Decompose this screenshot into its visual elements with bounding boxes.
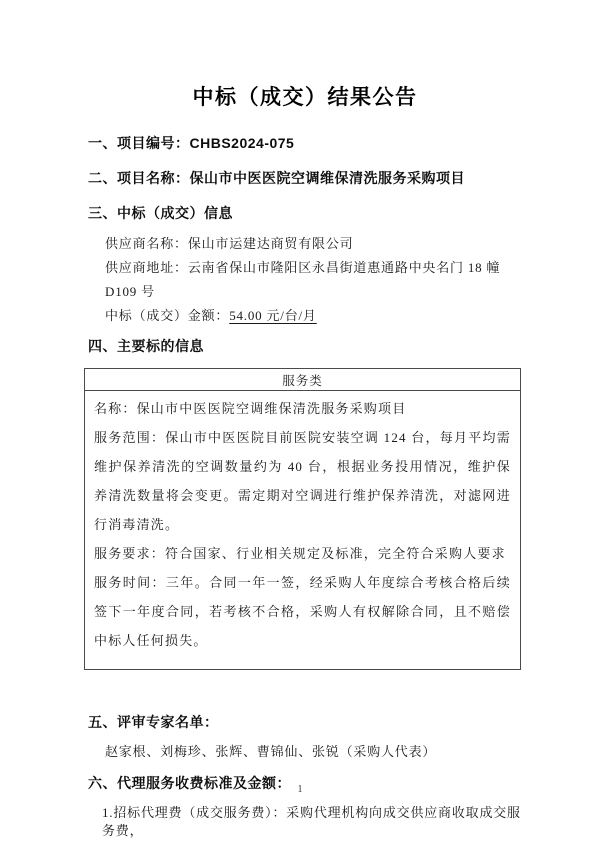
experts-heading: 五、评审专家名单： bbox=[88, 714, 522, 731]
section-project-number: 一、项目编号：CHBS2024-075 bbox=[88, 135, 522, 152]
award-info-heading: 三、中标（成交）信息 bbox=[88, 205, 522, 222]
page-number: 1 bbox=[0, 784, 600, 795]
supplier-name-line: 供应商名称：保山市运建达商贸有限公司 bbox=[88, 232, 522, 256]
award-amount-label: 中标（成交）金额： bbox=[105, 308, 229, 323]
table-row-scope: 服务范围：保山市中医医院目前医院安装空调 124 台，每月平均需维护保养清洗的空… bbox=[94, 423, 511, 539]
supplier-address-line: 供应商地址：云南省保山市隆阳区永昌街道惠通路中央名门 18 幢 D109 号 bbox=[88, 256, 522, 304]
table-row-requirement: 服务要求：符合国家、行业相关规定及标准，完全符合采购人要求 bbox=[94, 539, 511, 568]
project-number-value: CHBS2024-075 bbox=[190, 135, 295, 151]
supplier-name-value: 保山市运建达商贸有限公司 bbox=[188, 236, 354, 251]
project-number-label: 一、项目编号： bbox=[88, 135, 190, 151]
project-name-label: 二、项目名称： bbox=[88, 170, 190, 186]
table-row-name: 名称：保山市中医医院空调维保清洗服务采购项目 bbox=[94, 394, 511, 423]
service-table-body: 名称：保山市中医医院空调维保清洗服务采购项目 服务范围：保山市中医医院目前医院安… bbox=[85, 391, 520, 669]
service-table-header: 服务类 bbox=[85, 369, 520, 391]
table-row-duration: 服务时间：三年。合同一年一签，经采购人年度综合考核合格后续签下一年度合同，若考核… bbox=[94, 568, 511, 655]
main-subject-heading: 四、主要标的信息 bbox=[88, 338, 522, 355]
page-title: 中标（成交）结果公告 bbox=[88, 84, 522, 111]
award-amount-value: 54.00 元/台/月 bbox=[229, 308, 317, 323]
document-page: 中标（成交）结果公告 一、项目编号：CHBS2024-075 二、项目名称：保山… bbox=[0, 0, 600, 849]
supplier-address-label: 供应商地址： bbox=[105, 260, 188, 275]
agency-fee-item: 1.招标代理费（成交服务费）：采购代理机构向成交供应商收取成交服务费， bbox=[88, 804, 522, 840]
project-name-value: 保山市中医医院空调维保清洗服务采购项目 bbox=[190, 170, 466, 186]
experts-list: 赵家根、刘梅珍、张辉、曹锦仙、张锐（采购人代表） bbox=[88, 743, 522, 761]
section-project-name: 二、项目名称：保山市中医医院空调维保清洗服务采购项目 bbox=[88, 170, 522, 187]
service-info-table: 服务类 名称：保山市中医医院空调维保清洗服务采购项目 服务范围：保山市中医医院目… bbox=[84, 368, 521, 670]
supplier-name-label: 供应商名称： bbox=[105, 236, 188, 251]
award-amount-line: 中标（成交）金额：54.00 元/台/月 bbox=[88, 304, 522, 328]
